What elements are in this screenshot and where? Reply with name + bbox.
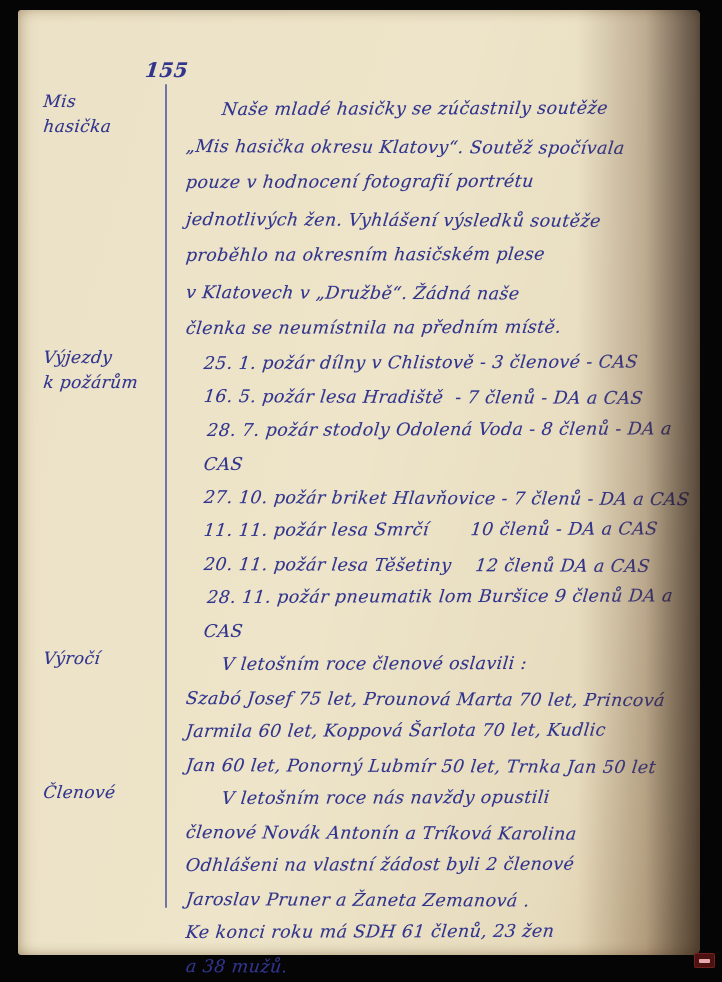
handwritten-line: Ke konci roku má SDH 61 členů, 23 žen [184,917,698,951]
handwritten-line: Odhlášeni na vlastní žádost byli 2 členo… [184,850,698,884]
handwritten-line-text: Odhlášeni na vlastní žádost byli 2 členo… [184,849,576,884]
handwritten-line: 28. 11. požár pneumatik lom Buršice 9 čl… [184,582,698,649]
handwritten-line-text: Jarmila 60 let, Koppová Šarlota 70 let, … [184,715,608,750]
margin-label-text: hasička [42,115,113,140]
handwritten-line: a 38 mužů. [184,951,698,982]
handwritten-line-text: „Mis hasička okresu Klatovy“. Soutěž spo… [184,129,627,167]
handwritten-line: členka se neumístnila na předním místě. [184,311,698,348]
handwritten-line-text: a 38 mužů. [184,951,289,982]
handwritten-line: proběhlo na okresním hasičském plese [184,238,698,275]
margin-label-text: Výročí [42,647,102,672]
scan-corner-badge-icon [694,953,715,968]
handwritten-line-text: 16. 5. požár lesa Hradiště - 7 členů - D… [202,381,645,416]
handwritten-line-text: 28. 11. požár pneumatik lom Buršice 9 čl… [202,580,705,649]
scan-black-border: 155 MishasičkaNaše mladé hasičky se zúča… [0,0,722,982]
handwritten-line: v Klatovech v „Družbě“. Žádná naše [184,275,698,312]
handwritten-line-text: proběhlo na okresním hasičském plese [184,237,547,275]
handwritten-line-text: v Klatovech v „Družbě“. Žádná naše [184,275,522,313]
margin-label-text: Výjezdy [42,346,113,371]
handwritten-line-text: Jaroslav Pruner a Žaneta Zemanová . [184,884,531,919]
chronicle-section-vyroci: VýročíV letošním roce členové oslavili :… [184,649,698,783]
handwritten-line: V letošním roce členové oslavili : [184,649,698,683]
handwritten-line-text: 20. 11. požár lesa Těšetiny 12 členů DA … [202,549,652,584]
handwritten-line-text: členka se neumístnila na předním místě. [184,310,563,348]
chronicle-section-vyjezdy-k-pozarum: Výjezdyk požárům25. 1. požár dílny v Chl… [184,348,698,650]
margin-label-vyroci: Výročí [42,647,176,672]
page-number: 155 [144,58,189,82]
handwritten-line-text: pouze v hodnocení fotografií portrétu [184,164,536,202]
handwritten-line: Jan 60 let, Ponorný Lubmír 50 let, Trnka… [184,750,698,784]
handwritten-line-text: členové Novák Antonín a Tríková Karolina [184,817,578,852]
handwritten-line-text: V letošním roce nás navždy opustili [220,782,551,817]
handwritten-line: 20. 11. požár lesa Těšetiny 12 členů DA … [184,549,698,583]
handwritten-line: Szabó Josef 75 let, Prounová Marta 70 le… [184,683,698,717]
margin-label-mis-hasicka: Mishasička [42,90,176,140]
handwritten-line: 11. 11. požár lesa Smrčí 10 členů - DA a… [184,515,698,549]
handwritten-line-text: V letošním roce členové oslavili : [220,648,529,683]
handwritten-line: Jarmila 60 let, Koppová Šarlota 70 let, … [184,716,698,750]
handwritten-line: Naše mladé hasičky se zúčastnily soutěže [184,92,698,129]
margin-label-clenove: Členové [42,781,176,806]
handwritten-line-text: 25. 1. požár dílny v Chlistově - 3 členo… [202,346,640,381]
handwritten-line-text: Szabó Josef 75 let, Prounová Marta 70 le… [184,683,667,719]
margin-label-text: k požárům [42,371,139,396]
scan-corner-badge-bar [699,959,710,963]
handwritten-line-text: Ke konci roku má SDH 61 členů, 23 žen [184,916,556,951]
margin-label-vyjezdy-k-pozarum: Výjezdyk požárům [42,346,176,396]
handwritten-line: 27. 10. požár briket Hlavňovice - 7 člen… [184,482,698,516]
handwritten-line-text: 11. 11. požár lesa Smrčí 10 členů - DA a… [202,513,659,548]
chronicle-section-clenove: ČlenovéV letošním roce nás navždy opusti… [184,783,698,982]
margin-label-text: Mis [42,90,77,115]
margin-label-text: Členové [42,781,117,806]
chronicle-section-mis-hasicka: MishasičkaNaše mladé hasičky se zúčastni… [184,92,698,348]
handwritten-line-text: jednotlivých žen. Vyhlášení výsledků sou… [184,202,603,240]
handwritten-line: pouze v hodnocení fotografií portrétu [184,165,698,202]
handwritten-line: „Mis hasička okresu Klatovy“. Soutěž spo… [184,129,698,166]
chronicle-page: 155 MishasičkaNaše mladé hasičky se zúča… [18,10,700,955]
handwritten-line: Jaroslav Pruner a Žaneta Zemanová . [184,884,698,918]
handwritten-line: 28. 7. požár stodoly Odolená Voda - 8 čl… [184,415,698,482]
handwritten-line: 25. 1. požár dílny v Chlistově - 3 členo… [184,348,698,382]
handwritten-line: členové Novák Antonín a Tríková Karolina [184,817,698,851]
handwritten-line: 16. 5. požár lesa Hradiště - 7 členů - D… [184,381,698,415]
handwritten-content: MishasičkaNaše mladé hasičky se zúčastni… [184,92,698,982]
handwritten-line: jednotlivých žen. Vyhlášení výsledků sou… [184,202,698,239]
handwritten-line: V letošním roce nás navždy opustili [184,783,698,817]
handwritten-line-text: Jan 60 let, Ponorný Lubmír 50 let, Trnka… [184,750,658,786]
handwritten-line-text: 28. 7. požár stodoly Odolená Voda - 8 čl… [202,413,705,482]
handwritten-line-text: 27. 10. požár briket Hlavňovice - 7 člen… [202,482,691,518]
handwritten-line-text: Naše mladé hasičky se zúčastnily soutěže [220,91,610,129]
